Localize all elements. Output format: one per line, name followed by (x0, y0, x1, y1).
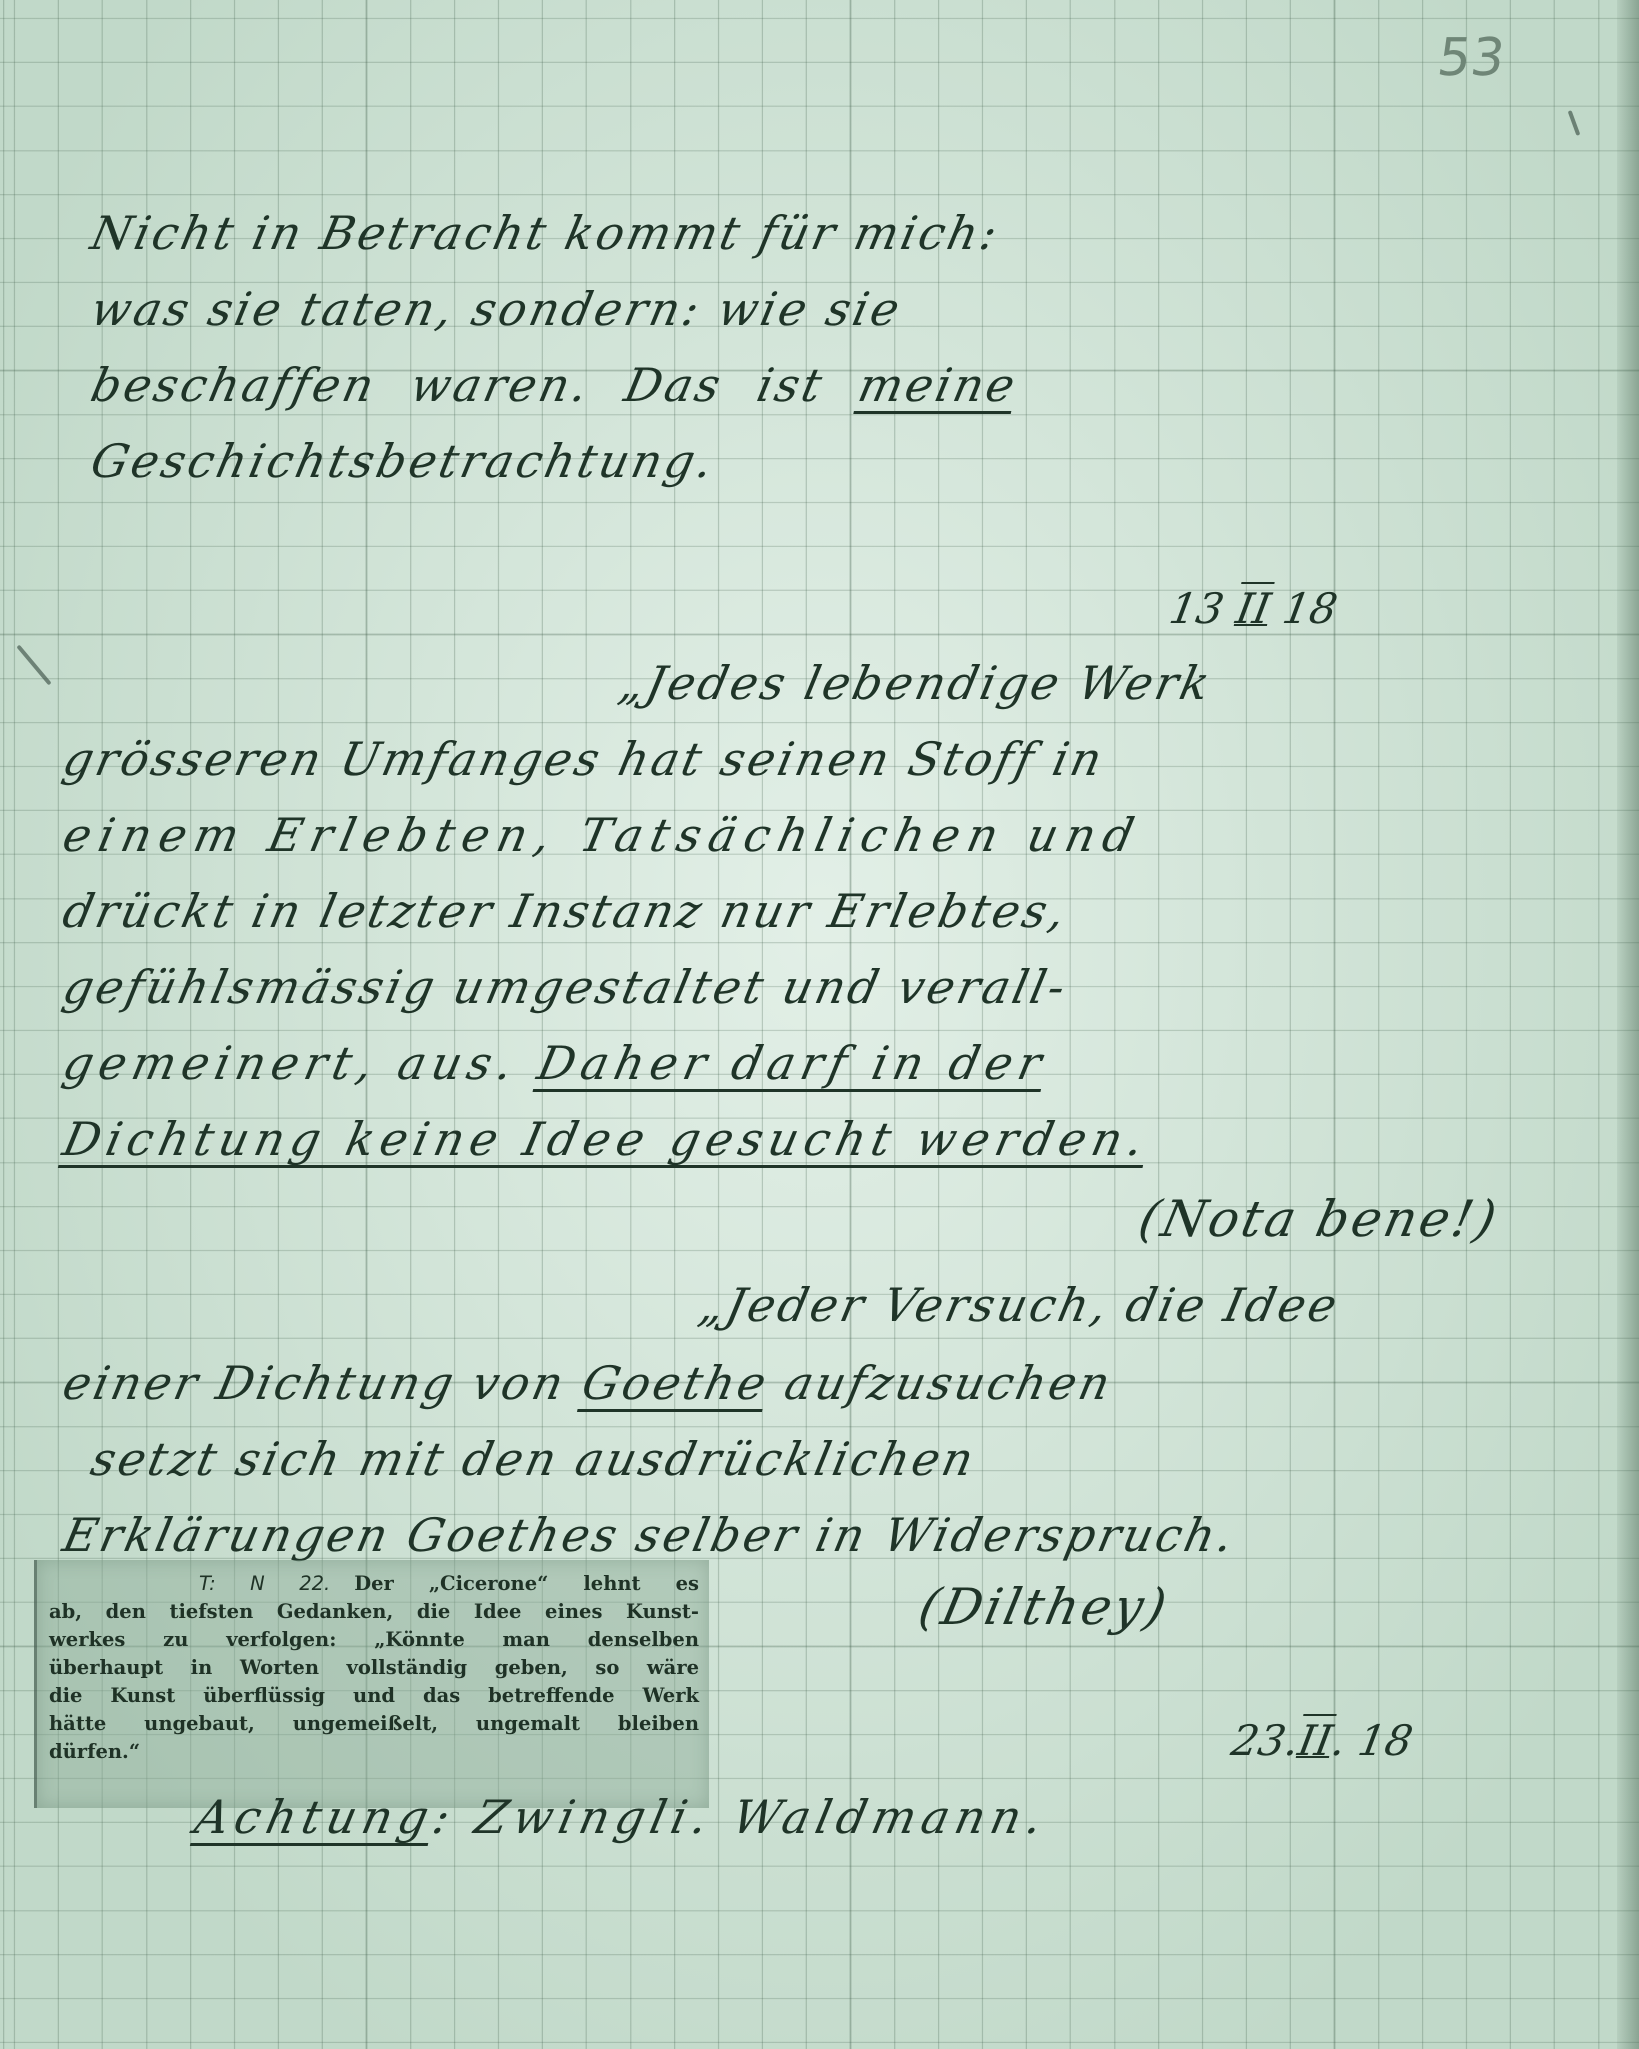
quote-1-line-5: gefühlsmässig umgestaltet und verall- (58, 960, 1073, 1014)
quote-1-line-6: gemeinert, aus. Daher darf in der (58, 1036, 1052, 1090)
underlined-word-meine: meine (854, 358, 1023, 412)
entry-1-line-3-text: beschaffen waren. Das ist (86, 358, 865, 412)
quote-2-line-3: setzt sich mit den ausdrücklichen (86, 1432, 981, 1486)
quote-2-line-4: Erklärungen Goethes selber in Widerspruc… (58, 1508, 1241, 1562)
quote-1-line-2: grösseren Umfanges hat seinen Stoff in (58, 732, 1109, 786)
clipping-line-6: hätte ungebaut, ungemeißelt, ungemalt bl… (49, 1710, 699, 1738)
clipping-line-5: die Kunst überflüssig und das betreffend… (49, 1682, 699, 1710)
entry-1-line-2: was sie taten, sondern: wie sie (86, 282, 907, 336)
quote-1-line-3: einem Erlebten, Tatsächlichen und (58, 808, 1146, 862)
quote-1-line-7: Dichtung keine Idee gesucht werden. (58, 1112, 1154, 1166)
quote-2-line-2: einer Dichtung von Goethe aufzusuchen (58, 1356, 1118, 1410)
clipping-line-1: T: N 22.Der „Cicerone“ lehnt es (49, 1570, 699, 1598)
underlined-goethe: Goethe (577, 1356, 773, 1410)
clipping-line-3: werkes zu verfolgen: „Könnte man denselb… (49, 1626, 699, 1654)
quote-2-line-2-a: einer Dichtung von (58, 1356, 589, 1410)
quote-1-line-6-text: gemeinert, aus. (58, 1036, 544, 1090)
quote-1-line-1: „Jedes lebendige Werk (614, 656, 1217, 710)
clipping-reference: T: N 22. (199, 1572, 330, 1595)
date-month: II (1294, 1716, 1336, 1765)
clipping-line-2: ab, den tiefsten Gedanken, die Idee eine… (49, 1598, 699, 1626)
quote-1-line-4: drückt in letzter Instanz nur Erlebtes, (58, 884, 1073, 938)
underlined-dichtung: Dichtung keine Idee gesucht werden. (58, 1112, 1154, 1166)
date-day: 23 (1228, 1716, 1290, 1765)
clipping-text: T: N 22.Der „Cicerone“ lehnt es ab, den … (49, 1570, 699, 1766)
quote-2-line-2-b: aufzusuchen (762, 1356, 1118, 1410)
entry-2-date: 13 II 18 (1166, 584, 1341, 633)
entry-3-line: Achtung: Zwingli. Waldmann. (190, 1790, 1053, 1844)
entry-1-line-1: Nicht in Betracht kommt für mich: (86, 206, 1005, 260)
clipping-line-4: überhaupt in Worten vollständig geben, s… (49, 1654, 699, 1682)
pencil-stroke (16, 645, 51, 686)
date-year: 18 (1279, 584, 1341, 633)
nota-bene: (Nota bene!) (1134, 1190, 1504, 1248)
notebook-page: 53 Nicht in Betracht kommt für mich: was… (0, 0, 1639, 2049)
entry-3-date: 23.II. 18 (1228, 1716, 1417, 1765)
newspaper-clipping: T: N 22.Der „Cicerone“ lehnt es ab, den … (34, 1560, 709, 1808)
date-year: 18 (1354, 1716, 1416, 1765)
date-day: 13 (1166, 584, 1228, 633)
entry-3-rest: : Zwingli. Waldmann. (428, 1790, 1053, 1844)
attribution-dilthey: (Dilthey) (914, 1578, 1175, 1636)
entry-1-line-4: Geschichtsbetrachtung. (86, 434, 720, 488)
date-month: II (1232, 584, 1274, 633)
quote-2-line-1: „Jeder Versuch, die Idee (694, 1278, 1344, 1332)
clipping-line-7: dürfen.“ (49, 1738, 699, 1766)
page-number: 53 (1434, 28, 1509, 88)
entry-1-line-3: beschaffen waren. Das ist meine (86, 358, 1022, 412)
clipping-line-1-text: Der „Cicerone“ lehnt es (354, 1572, 699, 1595)
pencil-dot (1568, 110, 1581, 136)
underlined-achtung: Achtung (190, 1790, 439, 1844)
underlined-daher: Daher darf in der (533, 1036, 1052, 1090)
